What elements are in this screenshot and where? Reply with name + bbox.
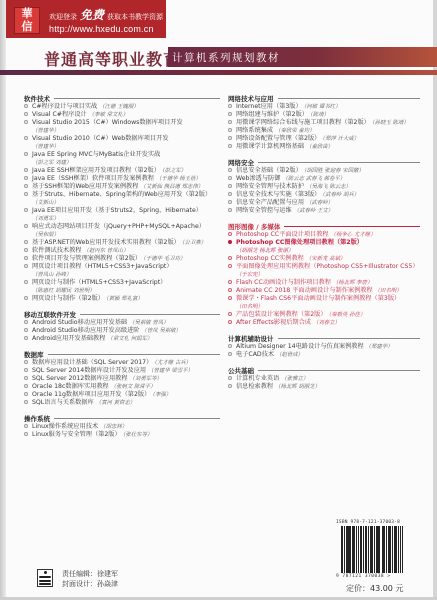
book-title: 信息安全技术与实施（第3版）	[236, 191, 320, 198]
book-authors: （吴海飞 陈云志）	[306, 184, 351, 190]
book-list-item: SQL Server 2012数据库应用教程（刘勇军等）	[24, 375, 220, 383]
bullet-circle-icon	[24, 192, 28, 196]
emblem-wave	[39, 576, 51, 578]
book-title: Linux操作系统应用技术	[32, 423, 98, 430]
series-band: 计算机系列规划教材	[168, 47, 437, 67]
book-authors: （张舸文 陈常平）	[111, 384, 156, 390]
bullet-circle-icon	[228, 288, 232, 292]
book-title: Photoshop CC图像处理项目教程（第2版）	[236, 239, 363, 246]
book-list-item: 基于ASP.NET的Web应用开发技术实用教程（第2版）（公卫燕）	[24, 239, 220, 247]
bullet-circle-icon	[228, 264, 232, 268]
book-list-item: Android Studio移动应用开发高级进阶（曾凤 吴裕敏）	[24, 327, 220, 335]
book-title: 用微课学网络综合布线与施工项目教程（第2版）	[236, 119, 370, 126]
book-authors: （杨北辉 胡丽芝）	[275, 384, 320, 390]
book-authors: （曾建华 梁雪平）	[148, 368, 193, 374]
logo-char-2: 信	[14, 20, 40, 33]
book-list-item: 网页设计与制作（HTML5+CSS3+JavaScript）（陈惠红 胡耀民 刘…	[24, 279, 220, 295]
book-section: 网络安全信息安全基础（第2版）（胡国胜 张迎春 宋国徽）Web渗透与防御（陈云志…	[228, 158, 420, 215]
bullet-circle-icon	[24, 296, 28, 300]
book-list-item: Java EE（SSH框架）软件项目开发案例教程（于德华 杨玉蓓）	[24, 175, 220, 183]
book-authors: （田名明）	[236, 303, 420, 311]
book-title: 数据库应用设计基础（SQL Server 2017）	[32, 359, 152, 366]
book-title: SQL Server 2012数据库应用教程	[32, 375, 128, 382]
book-title: 用微课学计算机网络基础	[236, 143, 304, 150]
book-list-item: Visual C#程序设计（李敏 常文札）	[24, 111, 220, 119]
book-authors: （李敏 常文札）	[89, 112, 128, 118]
book-authors: （陈云志 武春飞 郝卷平）	[282, 176, 345, 182]
book-title: Photoshop CC实例教程	[236, 255, 304, 262]
book-list-item: 网络设备配置与管理（第2版）（郑萍 计大威）	[228, 135, 420, 143]
book-list-item: 信息安全产品配置与应用（武春岭）	[228, 199, 420, 207]
section-heading-text: 操作系统	[24, 414, 50, 423]
bullet-circle-icon	[228, 192, 232, 196]
book-list-item: Oracle 18c数据库实用教程（张舸文 陈常平）	[24, 383, 220, 391]
barcode-bar	[356, 526, 357, 573]
book-authors: （曾建华）	[32, 143, 220, 151]
bullet-circle-icon	[228, 376, 232, 380]
book-list-item: Android应用开发基础教程（常文札 何娟军）	[24, 335, 220, 343]
book-authors: （袁河 黄资志）	[96, 400, 135, 406]
book-list-item: 网络安全管控与运维（武春岭 王文）	[228, 207, 420, 215]
book-section: 移动互联软件开发Android Studio移动应用开发基础（吴裕敏 曾凤）An…	[24, 310, 220, 343]
book-list-item: Web渗透与防御（陈云志 武春飞 郝卷平）	[228, 175, 420, 183]
book-title: 平面图像处理应用实例教程（Photoshop CS5+Illustrator C…	[236, 263, 419, 270]
banner-suffix: 获取本书教学资源	[107, 13, 163, 21]
section-heading-text: 软件技术	[24, 94, 50, 103]
cover-edge-right	[433, 0, 437, 600]
bullet-circle-icon	[228, 320, 232, 324]
section-heading-text: 网络技术与应用	[228, 94, 274, 103]
book-list-item: 软件项目开发与管理案例教程（第2版）（于德华 毛卫功）	[24, 255, 220, 263]
book-list-item: Linux服务与安全管理（第2版）（张壮东等）	[24, 431, 220, 439]
section-heading: 计算机辅助设计	[228, 334, 420, 343]
book-list-item: Photoshop CC平面设计项目教程（杨争心 尤才继）	[228, 231, 420, 239]
book-title: Photoshop CC平面设计项目教程	[236, 231, 329, 238]
book-authors: （汪德 王魄丽）	[99, 104, 138, 110]
section-heading-text: 移动互联软件开发	[24, 310, 76, 319]
cover-edge-shadow	[0, 0, 6, 600]
bullet-circle-icon	[24, 152, 28, 156]
bullet-circle-icon	[24, 392, 28, 396]
book-authors: （黄颖 郑礼富）	[106, 296, 143, 302]
book-authors: （彭之军 刘建）	[32, 159, 220, 167]
series-title: 普通高等职业教育	[44, 47, 180, 70]
book-authors: （吴和辰）	[32, 231, 220, 239]
book-authors: （郑萍 计大威）	[322, 136, 359, 142]
book-list-item: Java EE SSH框架应用开发项目教程（第2版）（彭之军）	[24, 167, 220, 175]
book-title: Java EE项目应用开发（基于Struts2，Spring，Hibernate…	[32, 207, 202, 214]
emblem-dot	[44, 571, 47, 574]
book-section: 图形图像 / 多媒体Photoshop CC平面设计项目教程（杨争心 尤才继）P…	[228, 222, 420, 327]
section-heading: 移动互联软件开发	[24, 310, 220, 319]
bullet-circle-icon	[24, 264, 28, 268]
banner-prefix: 欢迎登录	[49, 13, 77, 21]
bullet-circle-icon	[24, 328, 28, 332]
book-title: 网络安全管理与技术防护	[236, 183, 304, 190]
book-authors: （武春岭 胡兵）	[322, 192, 359, 198]
book-authors: （曾建华）	[32, 127, 220, 135]
book-back-cover: 華 信 欢迎登录免费获取本书教学资源 http://www.hxedu.com.…	[0, 0, 437, 600]
book-title: 软件项目开发与管理案例教程（第2版）	[32, 255, 141, 262]
book-title: Java EE SSH框架应用开发项目教程（第2版）	[32, 167, 160, 174]
book-list-item: 用微课学网络综合布线与施工项目教程（第2版）（孙晓玉 陈靖）	[228, 119, 420, 127]
book-title: 微课学・Flash CS6平面动画设计与制作案例教程（第3版）	[236, 295, 400, 302]
section-heading: 图形图像 / 多媒体	[228, 222, 420, 231]
book-authors: （杨争心 尤才继）	[331, 232, 376, 238]
book-authors: （何敏 谭书红）	[304, 104, 341, 110]
bullet-circle-icon	[228, 136, 232, 140]
book-authors: （陈靖）	[310, 112, 329, 118]
book-title: Android应用开发基础教程	[32, 335, 105, 342]
book-list-item: 网络组建与维护（第2版）（陈靖）	[228, 111, 420, 119]
bullet-circle-icon	[228, 112, 232, 116]
book-title: 产品包装设计案例教程（第2版）	[236, 311, 327, 318]
book-list-item: 信息安全基础（第2版）（胡国胜 张迎春 宋国徽）	[228, 167, 420, 175]
bullet-circle-icon	[24, 136, 28, 140]
banner-tagline: 欢迎登录免费获取本书教学资源	[49, 6, 163, 23]
book-title: Flash CC动画设计与制作项目教程	[236, 279, 331, 286]
emblem-wave	[39, 580, 51, 582]
section-heading-text: 图形图像 / 多媒体	[228, 222, 280, 231]
bullet-circle-icon	[24, 320, 28, 324]
book-authors: （于宏宪）	[236, 271, 420, 279]
book-title: 网络安全管控与运维	[236, 207, 292, 214]
book-title: 软件测试技术教程	[32, 247, 82, 254]
bullet-circle-icon	[24, 384, 28, 388]
book-list-item: 网页设计项目教程（HTML5+CSS3+JavaScript）（曾凤山 孙峰）	[24, 263, 220, 279]
book-list-item: Visual Studio 2010（C#）Web数据库项目开发（曾建华）	[24, 135, 220, 151]
book-list-item: 产品包装设计案例教程（第2版）（秦毅英 孙佳）	[228, 311, 420, 319]
barcode-bar	[379, 526, 380, 573]
bullet-circle-icon	[24, 424, 28, 428]
section-divider	[54, 418, 220, 419]
bullet-circle-icon	[228, 176, 232, 180]
book-title: Oracle 11g数据库项目应用开发（第2版）	[32, 391, 150, 398]
designer-credit: 封面设计：孙焱津	[62, 579, 118, 589]
book-authors: （武春岭 王文）	[294, 208, 333, 214]
bullet-circle-icon	[24, 336, 28, 340]
book-title: 网页设计与制作（第2版）	[32, 295, 104, 302]
book-list-item: Altium Designer 14电路设计与仿真案例教程（郑建华）	[228, 343, 420, 351]
bullet-circle-icon	[228, 256, 232, 260]
book-title: 信息检索教程	[236, 383, 273, 390]
barcode-bar	[386, 526, 387, 573]
book-list-item: Animate CC 2018 平面动画设计与制作案例教程（田名明）	[228, 287, 420, 295]
book-authors: （秦欣荣 童均）	[275, 128, 314, 134]
book-section: 公共基础计算机专业英语（张雅立）信息检索教程（杨北辉 胡丽芝）	[228, 366, 420, 391]
barcode-bar	[344, 526, 345, 573]
book-authors: （曾凤山 孙峰）	[32, 271, 220, 279]
book-authors: （公卫燕）	[182, 240, 206, 246]
bullet-circle-icon	[24, 168, 28, 172]
banner-free: 免费	[80, 8, 104, 22]
right-book-list: 网络技术与应用Internet应用（第3版）（何敏 谭书红）网络组建与维护（第2…	[228, 94, 420, 398]
emblem-wave	[39, 583, 51, 585]
book-authors: （孙晓玉 陈靖）	[372, 120, 409, 126]
barcode-bar	[398, 526, 399, 573]
book-title: 计算机专业英语	[236, 375, 279, 382]
bullet-circle-icon	[24, 224, 28, 228]
section-heading-text: 数据库	[24, 350, 44, 359]
book-authors: （尤才继 古兵）	[154, 360, 191, 366]
bullet-circle-icon	[228, 208, 232, 212]
book-authors: （陈惠红 胡耀民 刘世明）	[32, 287, 220, 295]
book-title: Animate CC 2018 平面动画设计与制作案例教程	[236, 287, 373, 294]
book-title: Visual Studio 2010（C#）Web数据库项目开发	[32, 135, 169, 142]
book-title: Android Studio移动应用开发高级进阶	[32, 327, 139, 334]
book-title: 信息安全基础（第2版）	[236, 167, 302, 174]
book-authors: （童欣苗）	[306, 144, 333, 150]
book-list-item: Flash CC动画设计与制作项目教程（杨北辉 李唐）	[228, 279, 420, 287]
book-title: Web渗透与防御	[236, 175, 280, 182]
book-list-item: Photoshop CC实例教程（宋新龙 高斌）	[228, 255, 420, 263]
book-title: Linux服务与安全管理（第2版）	[32, 431, 121, 438]
bullet-circle-icon	[228, 120, 232, 124]
book-title: 网页设计与制作（HTML5+CSS3+JavaScript）	[32, 279, 166, 286]
book-list-item: 网页设计与制作（第2版）（黄颖 郑礼富）	[24, 295, 220, 303]
section-heading: 网络安全	[228, 158, 420, 167]
section-heading-text: 网络安全	[228, 158, 254, 167]
book-title: Altium Designer 14电路设计与仿真案例教程	[236, 343, 364, 350]
section-heading-text: 计算机辅助设计	[228, 334, 274, 343]
book-authors: （秦毅英 孙佳）	[329, 312, 366, 318]
bullet-circle-icon	[24, 248, 28, 252]
book-title: 网络系统集成	[236, 127, 273, 134]
book-authors: （吴裕敏 曾凤）	[129, 320, 168, 326]
barcode-bar	[384, 526, 385, 573]
book-title: Java EE Spring MVC与MyBatis企业开发实战	[32, 151, 160, 158]
bullet-circle-icon	[24, 432, 28, 436]
bullet-circle-icon	[228, 168, 232, 172]
barcode-digits: 9 787121 370038 >	[336, 574, 391, 579]
book-authors: （于德华 毛卫功）	[143, 256, 185, 262]
bullet-circle-icon	[228, 352, 232, 356]
book-list-item: Photoshop CC图像处理项目教程（第2版）（胡丽芝 杨北辉 张丽）	[228, 239, 420, 255]
bullet-circle-icon	[24, 256, 28, 260]
book-list-item: 计算机专业英语（张雅立）	[228, 375, 420, 383]
book-list-item: 信息安全技术与实施（第3版）（武春岭 胡兵）	[228, 191, 420, 199]
bullet-circle-icon	[24, 184, 28, 188]
book-list-item: 信息检索教程（杨北辉 胡丽芝）	[228, 383, 420, 391]
bullet-circle-icon	[24, 400, 28, 404]
section-divider	[48, 354, 221, 355]
barcode-bar	[342, 526, 343, 573]
book-list-item: SQL Server 2014数据库设计开发及应用（曾建华 梁雪平）	[24, 367, 220, 375]
section-heading: 操作系统	[24, 414, 220, 423]
barcode-bar	[395, 526, 397, 573]
book-section: 数据库数据库应用设计基础（SQL Server 2017）（尤才继 古兵）SQL…	[24, 350, 220, 407]
book-list-item: Oracle 11g数据库项目应用开发（第2版）（李强）	[24, 391, 220, 399]
book-authors: （胡忠林）	[100, 424, 127, 430]
isbn-text: ISBN 978-7-121-37003-8	[336, 520, 400, 525]
book-title: 电子CAD技术	[236, 351, 274, 358]
book-title: 网络组建与维护（第2版）	[236, 111, 308, 118]
bullet-circle-icon	[24, 120, 28, 124]
barcode-bar	[366, 526, 367, 573]
book-title: After Effects影视后期合成	[236, 319, 311, 326]
book-authors: （艾新仙 熊昌德 郑志伟）	[140, 184, 203, 190]
barcode-bar	[392, 526, 393, 573]
price-label: 定价：43.00 元	[346, 583, 403, 594]
book-title: 基于ASP.NET的Web应用开发技术实用教程（第2版）	[32, 239, 180, 246]
bullet-circle-icon	[228, 280, 232, 284]
series-subtitle: 计算机系列规划教材	[172, 50, 280, 65]
book-authors: （刘勇军等）	[130, 376, 162, 382]
publisher-logo-icon: 華 信	[14, 7, 40, 34]
bullet-circle-icon	[24, 104, 28, 108]
bullet-circle-icon	[228, 296, 232, 300]
bullet-circle-icon	[228, 312, 232, 316]
book-title: C#程序设计与项目实战	[32, 103, 97, 110]
bullet-circle-icon	[24, 240, 28, 244]
book-title: 基于Struts、Hibernate、Spring架构的Web应用开发（第2版）	[32, 191, 211, 198]
book-list-item: 响应式动态网站项目开发（jQuery+PHP+MySQL+Apache）（吴和辰…	[24, 223, 220, 239]
barcode-bar	[363, 526, 364, 573]
book-section: 软件技术C#程序设计与项目实战（汪德 王魄丽）Visual C#程序设计（李敏 …	[24, 94, 220, 303]
section-divider	[258, 370, 420, 371]
bullet-circle-icon	[228, 128, 232, 132]
book-authors: （武春岭）	[306, 200, 333, 206]
book-authors: （田名明）	[375, 288, 402, 294]
barcode-icon	[341, 526, 408, 573]
barcode-bar	[347, 526, 349, 573]
book-list-item: SQL语言与关系数据库（袁河 黄资志）	[24, 399, 220, 407]
bullet-circle-icon	[24, 176, 28, 180]
book-list-item: After Effects影视后期合成（刘春立）	[228, 319, 420, 327]
book-title: 响应式动态网站项目开发（jQuery+PHP+MySQL+Apache）	[32, 223, 205, 230]
book-list-item: 电子CAD技术（赵世成）	[228, 351, 420, 359]
book-authors: （胡国胜 张迎春 宋国徽）	[304, 168, 364, 174]
book-authors: （李强）	[152, 392, 171, 398]
bullet-circle-icon	[24, 368, 28, 372]
book-list-item: Visual Studio 2015（C#）Windows数据库项目开发（曾建华…	[24, 119, 220, 135]
banner-url-link[interactable]: http://www.hxedu.com.cn	[49, 24, 154, 34]
section-divider	[54, 98, 220, 99]
publisher-emblem-icon	[37, 569, 53, 587]
book-title: 网页设计项目教程（HTML5+CSS3+JavaScript）	[32, 263, 173, 270]
bullet-circle-icon	[228, 240, 232, 244]
book-authors: （张雅立）	[281, 376, 308, 382]
book-list-item: Java EE项目应用开发（基于Struts2，Spring，Hibernate…	[24, 207, 220, 223]
editor-credit: 责任编辑：徐建军	[62, 569, 118, 579]
book-list-item: 平面图像处理应用实例教程（Photoshop CS5+Illustrator C…	[228, 263, 420, 279]
book-list-item: Linux操作系统应用技术（胡忠林）	[24, 423, 220, 431]
section-heading: 软件技术	[24, 94, 220, 103]
section-divider	[284, 226, 420, 227]
book-title: SQL语言与关系数据库	[32, 399, 94, 406]
book-title: Android Studio移动应用开发基础	[32, 319, 127, 326]
book-authors: （刘春立）	[313, 320, 340, 326]
book-list-item: 网络安全管理与技术防护（吴海飞 陈云志）	[228, 183, 420, 191]
section-heading-text: 公共基础	[228, 366, 254, 375]
section-heading: 公共基础	[228, 366, 420, 375]
section-divider	[278, 338, 421, 339]
book-list-item: 微课学・Flash CS6平面动画设计与制作案例教程（第3版）（田名明）	[228, 295, 420, 311]
bullet-circle-icon	[228, 200, 232, 204]
book-list-item: 用微课学计算机网络基础（童欣苗）	[228, 143, 420, 151]
barcode-bar	[360, 526, 362, 573]
section-heading: 数据库	[24, 350, 220, 359]
book-section: 网络技术与应用Internet应用（第3版）（何敏 谭书红）网络组建与维护（第2…	[228, 94, 420, 151]
book-title: Visual Studio 2015（C#）Windows数据库项目开发	[32, 119, 183, 126]
book-authors: （赵世成）	[276, 352, 303, 358]
barcode-bar	[374, 526, 375, 573]
book-title: 基于SSH框架的Web应用开发案例教程	[32, 183, 138, 190]
bullet-circle-icon	[24, 360, 28, 364]
book-authors: （于德华 杨玉蓓）	[156, 176, 201, 182]
book-list-item: Internet应用（第3版）（何敏 谭书红）	[228, 103, 420, 111]
book-title: Oracle 18c数据库实用教程	[32, 383, 109, 390]
book-title: SQL Server 2014数据库设计开发及应用	[32, 367, 146, 374]
section-heading: 网络技术与应用	[228, 94, 420, 103]
bullet-circle-icon	[24, 280, 28, 284]
book-list-item: Java EE Spring MVC与MyBatis企业开发实战（彭之军 刘建）	[24, 151, 220, 167]
barcode-bar	[350, 526, 351, 573]
book-authors: （宋新龙 高斌）	[306, 256, 345, 262]
book-list-item: Android Studio移动应用开发基础（吴裕敏 曾凤）	[24, 319, 220, 327]
book-authors: （郑建华）	[366, 344, 393, 350]
book-authors: （艾新山）	[32, 199, 220, 207]
book-authors: （张壮东等）	[123, 432, 153, 438]
book-authors: （赵丙东 曾凤山）	[84, 248, 129, 254]
barcode-bar	[389, 526, 390, 573]
publisher-banner: 華 信 欢迎登录免费获取本书教学资源 http://www.hxedu.com.…	[6, 0, 166, 38]
section-divider	[258, 162, 420, 163]
book-list-item: 网络系统集成（秦欣荣 童均）	[228, 127, 420, 135]
book-section: 计算机辅助设计Altium Designer 14电路设计与仿真案例教程（郑建华…	[228, 334, 420, 359]
bullet-circle-icon	[228, 232, 232, 236]
logo-char-1: 華	[14, 7, 40, 20]
bullet-circle-icon	[228, 384, 232, 388]
bullet-circle-icon	[228, 144, 232, 148]
bullet-circle-icon	[228, 344, 232, 348]
book-authors: （常文札 何娟军）	[107, 336, 152, 342]
book-section: 操作系统Linux操作系统应用技术（胡忠林）Linux服务与安全管理（第2版）（…	[24, 414, 220, 439]
section-divider	[278, 98, 421, 99]
bullet-circle-icon	[24, 376, 28, 380]
book-list-item: 基于Struts、Hibernate、Spring架构的Web应用开发（第2版）…	[24, 191, 220, 207]
credits: 责任编辑：徐建军 封面设计：孙焱津	[62, 569, 118, 589]
book-title: 信息安全产品配置与应用	[236, 199, 304, 206]
book-authors: （彭之军）	[162, 168, 186, 174]
book-title: Visual C#程序设计	[32, 111, 87, 118]
bullet-circle-icon	[228, 104, 232, 108]
book-authors: （胡丽芝 杨北辉 张丽）	[236, 247, 420, 255]
book-authors: （刘勇军）	[32, 215, 220, 223]
book-title: 网络设备配置与管理（第2版）	[236, 135, 320, 142]
book-list-item: 基于SSH框架的Web应用开发案例教程（艾新仙 熊昌德 郑志伟）	[24, 183, 220, 191]
book-authors: （曾凤 吴裕敏）	[141, 328, 180, 334]
bullet-circle-icon	[24, 112, 28, 116]
bullet-circle-icon	[24, 208, 28, 212]
barcode-bar	[402, 526, 403, 573]
bullet-circle-icon	[228, 184, 232, 188]
book-list-item: 软件测试技术教程（赵丙东 曾凤山）	[24, 247, 220, 255]
book-list-item: C#程序设计与项目实战（汪德 王魄丽）	[24, 103, 220, 111]
left-book-list: 软件技术C#程序设计与项目实战（汪德 王魄丽）Visual C#程序设计（李敏 …	[24, 94, 220, 446]
book-title: Java EE（SSH框架）软件项目开发案例教程	[32, 175, 154, 182]
book-title: Internet应用（第3版）	[236, 103, 302, 110]
barcode-bar	[368, 526, 369, 573]
section-divider	[80, 314, 220, 315]
book-list-item: 数据库应用设计基础（SQL Server 2017）（尤才继 古兵）	[24, 359, 220, 367]
header-rule	[0, 70, 437, 75]
book-authors: （杨北辉 李唐）	[333, 280, 372, 286]
